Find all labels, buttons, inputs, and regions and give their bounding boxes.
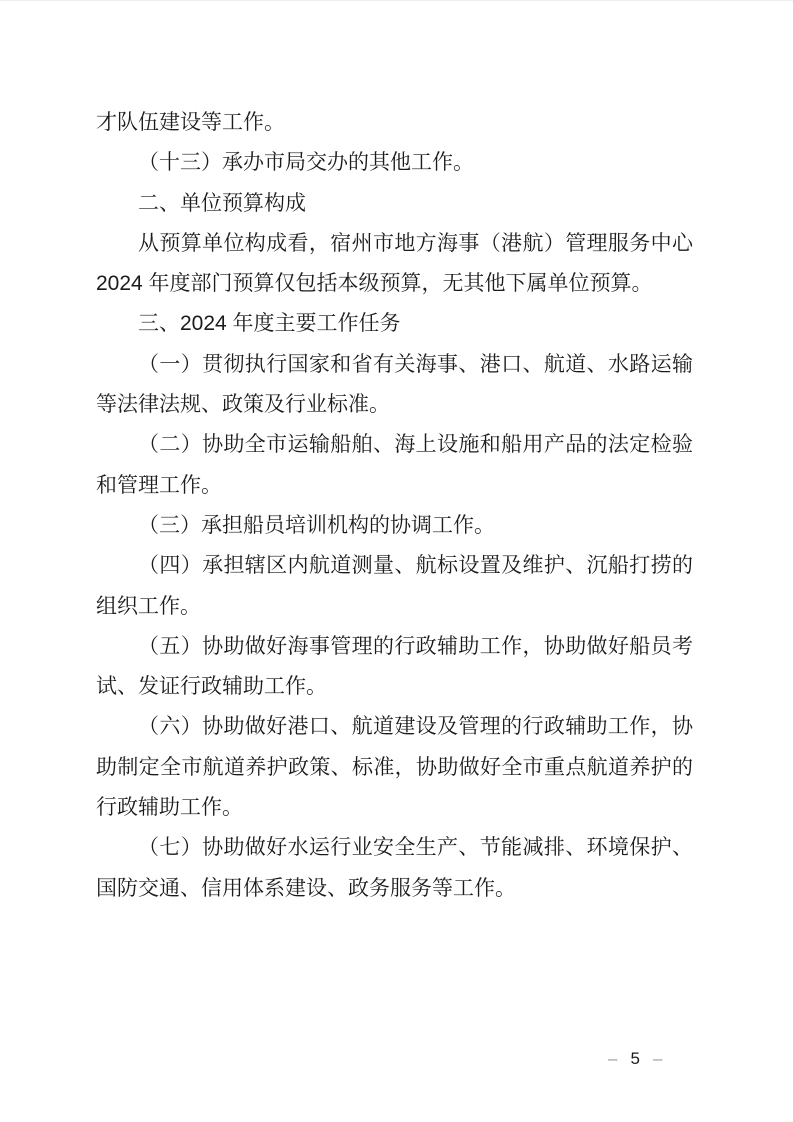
paragraph: （十三）承办市局交办的其他工作。 bbox=[96, 143, 693, 183]
page-number-dash-left: – bbox=[608, 1049, 617, 1068]
paragraph: 才队伍建设等工作。 bbox=[96, 103, 693, 143]
document-page: 才队伍建设等工作。 （十三）承办市局交办的其他工作。 二、单位预算构成 从预算单… bbox=[0, 0, 793, 1122]
paragraph: （五）协助做好海事管理的行政辅助工作，协助做好船员考试、发证行政辅助工作。 bbox=[96, 627, 693, 708]
paragraph: （一）贯彻执行国家和省有关海事、港口、航道、水路运输等法律法规、政策及行业标准。 bbox=[96, 345, 693, 426]
paragraph: （二）协助全市运输船舶、海上设施和船用产品的法定检验和管理工作。 bbox=[96, 425, 693, 506]
page-number-value: 5 bbox=[630, 1049, 639, 1068]
paragraph: （七）协助做好水运行业安全生产、节能减排、环境保护、国防交通、信用体系建设、政务… bbox=[96, 828, 693, 909]
section-heading: 二、单位预算构成 bbox=[96, 184, 693, 224]
document-body: 才队伍建设等工作。 （十三）承办市局交办的其他工作。 二、单位预算构成 从预算单… bbox=[96, 103, 693, 909]
paragraph: 从预算单位构成看，宿州市地方海事（港航）管理服务中心 2024 年度部门预算仅包… bbox=[96, 224, 693, 305]
paragraph: （三）承担船员培训机构的协调工作。 bbox=[96, 506, 693, 546]
section-heading: 三、2024 年度主要工作任务 bbox=[96, 304, 693, 344]
paragraph: （四）承担辖区内航道测量、航标设置及维护、沉船打捞的组织工作。 bbox=[96, 546, 693, 627]
paragraph: （六）协助做好港口、航道建设及管理的行政辅助工作，协助制定全市航道养护政策、标准… bbox=[96, 707, 693, 828]
page-number: –5– bbox=[608, 1047, 662, 1071]
page-number-dash-right: – bbox=[653, 1049, 662, 1068]
